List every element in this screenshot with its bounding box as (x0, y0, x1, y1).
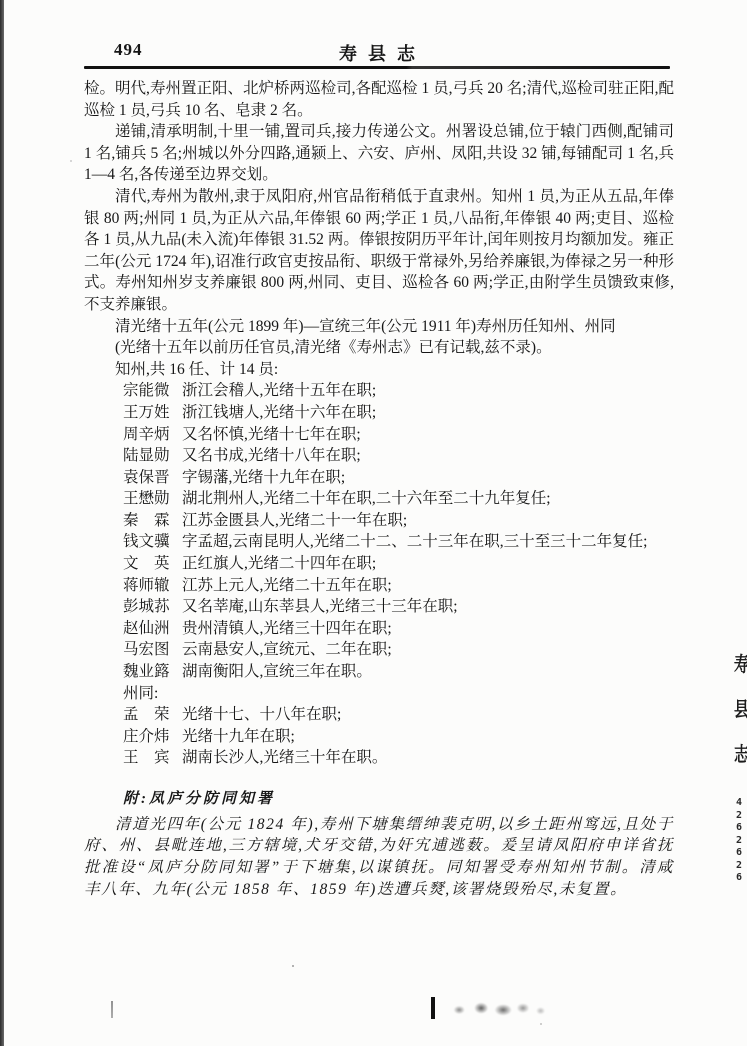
official-name: 蒋师辙 (123, 575, 173, 597)
appendix-heading: 附:凤庐分防同知署 (84, 789, 674, 811)
official-name: 王 宾 (123, 747, 173, 769)
page-body: 检。明代,寿州置正阳、北炉桥两巡检司,各配巡检 1 员,弓兵 20 名;清代,巡… (84, 78, 674, 901)
paragraph-patrol-offices: 检。明代,寿州置正阳、北炉桥两巡检司,各配巡检 1 员,弓兵 20 名;清代,巡… (84, 78, 674, 121)
official-description: 光绪十七、十八年在职; (182, 704, 341, 726)
zhizhou-roster: 宗能微 浙江会稽人,光绪十五年在职; 王万姓 浙江钱塘人,光绪十六年在职; 周辛… (84, 380, 674, 682)
bottom-faint-dash (111, 1001, 113, 1018)
official-name: 赵仙洲 (123, 618, 173, 640)
official-row: 彭城荪 又名莘庵,山东莘县人,光绪三十三年在职; (84, 596, 674, 618)
official-description: 浙江会稽人,光绪十五年在职; (182, 380, 376, 402)
official-name: 魏业簬 (123, 661, 173, 683)
edge-digit: 6 (736, 847, 746, 860)
bottom-ink-smudge (446, 1000, 556, 1018)
official-name: 庄介炜 (123, 726, 173, 748)
official-description: 光绪十九年在职; (182, 726, 295, 748)
official-description: 又名书成,光绪十八年在职; (182, 445, 361, 467)
edge-digit: 6 (736, 872, 746, 885)
official-name: 钱文骥 (123, 531, 173, 553)
official-name: 陆显勋 (123, 445, 173, 467)
official-name: 彭城荪 (123, 596, 173, 618)
official-row: 蒋师辙 江苏上元人,光绪二十五年在职; (84, 575, 674, 597)
scan-speck (540, 1023, 542, 1025)
page-header: 494 寿县志 (84, 38, 670, 68)
header-rule (84, 66, 670, 69)
official-description: 又名怀慎,光绪十七年在职; (182, 424, 361, 446)
official-name: 周辛炳 (123, 424, 173, 446)
official-description: 云南悬安人,宣统元、二年在职; (182, 639, 392, 661)
official-description: 湖南衡阳人,宣统三年在职。 (182, 661, 372, 683)
roster-title: 清光绪十五年(公元 1899 年)—宣统三年(公元 1911 年)寿州历任知州、… (84, 316, 674, 338)
official-description: 湖北荆州人,光绪二十年在职,二十六年至二十九年复任; (182, 488, 551, 510)
edge-digit: 6 (736, 822, 746, 835)
official-row: 宗能微 浙江会稽人,光绪十五年在职; (84, 380, 674, 402)
official-row: 魏业簬 湖南衡阳人,宣统三年在职。 (84, 661, 674, 683)
official-description: 湖南长沙人,光绪三十年在职。 (182, 747, 387, 769)
zhoutong-roster: 孟 荣 光绪十七、十八年在职; 庄介炜 光绪十九年在职; 王 宾 湖南长沙人,光… (84, 704, 674, 769)
official-row: 王懋勋 湖北荆州人,光绪二十年在职,二十六年至二十九年复任; (84, 488, 674, 510)
official-row: 文 英 正红旗人,光绪二十四年在职; (84, 553, 674, 575)
appendix-fenglu-office: 附:凤庐分防同知署 清道光四年(公元 1824 年),寿州下塘集缙绅裴克明,以乡… (84, 789, 674, 901)
roster-note: (光绪十五年以前历任官员,清光绪《寿州志》已有记载,兹不录)。 (84, 337, 674, 359)
edge-digit: 2 (736, 810, 746, 823)
spine-character: 县 (734, 688, 747, 733)
spine-text-fragment: 寿 县 志 (734, 643, 747, 773)
official-description: 又名莘庵,山东莘县人,光绪三十三年在职; (182, 596, 458, 618)
spine-character: 志 (734, 733, 747, 773)
official-row: 袁保晋 字锡藩,光绪十九年在职; (84, 467, 674, 489)
official-name: 宗能微 (123, 380, 173, 402)
paragraph-post-stations: 递铺,清承明制,十里一铺,置司兵,接力传递公文。州署设总铺,位于辕门西侧,配铺司… (84, 121, 674, 186)
official-row: 庄介炜 光绪十九年在职; (84, 726, 674, 748)
official-row: 陆显勋 又名书成,光绪十八年在职; (84, 445, 674, 467)
official-row: 王 宾 湖南长沙人,光绪三十年在职。 (84, 747, 674, 769)
official-row: 秦 霖 江苏金匮县人,光绪二十一年在职; (84, 510, 674, 532)
official-description: 贵州清镇人,光绪三十四年在职; (182, 618, 392, 640)
edge-digit: 4 (736, 797, 746, 810)
official-name: 文 英 (123, 553, 173, 575)
official-name: 王万姓 (123, 402, 173, 424)
paragraph-qing-officials-salaries: 清代,寿州为散州,隶于凤阳府,州官品衔稍低于直隶州。知州 1 员,为正从五品,年… (84, 186, 674, 316)
edge-digit: 2 (736, 835, 746, 848)
spine-character: 寿 (734, 643, 747, 688)
edge-digit-fragments: 4 2 6 2 6 2 6 (736, 797, 746, 897)
appendix-body: 清道光四年(公元 1824 年),寿州下塘集缙绅裴克明,以乡土距州窎远,且处于府… (84, 814, 674, 901)
official-row: 马宏图 云南悬安人,宣统元、二年在职; (84, 639, 674, 661)
bottom-ink-bar (431, 997, 435, 1019)
official-row: 钱文骥 字孟超,云南昆明人,光绪二十二、二十三年在职,三十至三十二年复任; (84, 531, 674, 553)
official-name: 孟 荣 (123, 704, 173, 726)
official-description: 江苏上元人,光绪二十五年在职; (182, 575, 392, 597)
official-row: 孟 荣 光绪十七、十八年在职; (84, 704, 674, 726)
scan-speck (292, 965, 294, 967)
book-title: 寿县志 (84, 40, 670, 66)
edge-digit: 2 (736, 860, 746, 873)
official-row: 周辛炳 又名怀慎,光绪十七年在职; (84, 424, 674, 446)
zhoutong-label: 州同: (84, 683, 674, 705)
official-name: 王懋勋 (123, 488, 173, 510)
official-name: 马宏图 (123, 639, 173, 661)
official-name: 袁保晋 (123, 467, 173, 489)
official-description: 字锡藩,光绪十九年在职; (182, 467, 345, 489)
scan-edge-line (0, 0, 4, 1046)
official-row: 赵仙洲 贵州清镇人,光绪三十四年在职; (84, 618, 674, 640)
official-row: 王万姓 浙江钱塘人,光绪十六年在职; (84, 402, 674, 424)
zhizhou-intro: 知州,共 16 任、计 14 员: (84, 359, 674, 381)
official-description: 江苏金匮县人,光绪二十一年在职; (182, 510, 407, 532)
official-name: 秦 霖 (123, 510, 173, 532)
official-description: 字孟超,云南昆明人,光绪二十二、二十三年在职,三十至三十二年复任; (182, 531, 647, 553)
official-description: 正红旗人,光绪二十四年在职; (182, 553, 376, 575)
scan-speck (70, 160, 72, 162)
official-description: 浙江钱塘人,光绪十六年在职; (182, 402, 376, 424)
